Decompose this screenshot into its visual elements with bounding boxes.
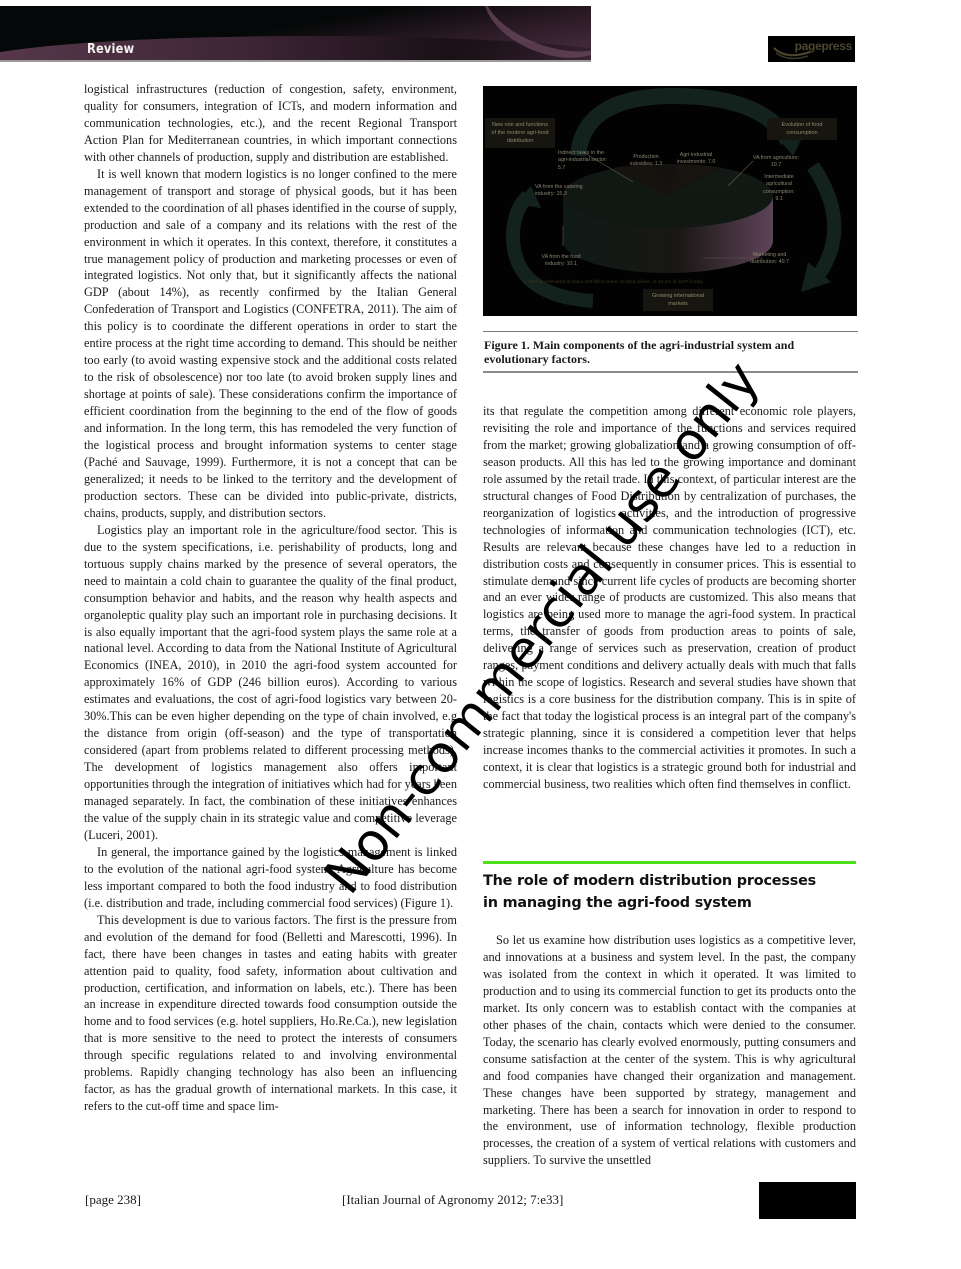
figure-label: VA from the catering industry: 15.3 (535, 184, 595, 199)
footer-black-block (759, 1182, 856, 1219)
header-banner: Review (0, 6, 591, 62)
figure-label: VA from agriculture: 10.7 (751, 155, 801, 170)
section-label: Review (87, 42, 134, 57)
section-heading-line: The role of modern distribution processe… (483, 873, 816, 889)
paragraph: In general, the importance gained by the… (84, 844, 457, 912)
publisher-logo-text: pagepress (795, 39, 852, 53)
figure-footnote: In 2010 is estimated at about 240 billio… (523, 279, 703, 284)
figure-1-image: New role and functions of the modern agr… (483, 86, 857, 316)
publisher-logo: pagepress (768, 36, 855, 62)
figure-label: VA from the food industry: 10.1 (539, 254, 583, 269)
paragraph: This development is due to various facto… (84, 912, 457, 1115)
figure-label: Agri-industrial investments: 7.0 (671, 152, 721, 167)
figure-box-distribution: New role and functions of the modern agr… (485, 118, 555, 148)
left-column: logistical infrastructures (reduction of… (84, 81, 457, 1115)
figure-label: Indirect taxes in the agri-industrial se… (558, 150, 608, 172)
journal-citation: [Italian Journal of Agronomy 2012; 7:e33… (342, 1192, 563, 1208)
right-column-top: its that regulate the competition among … (483, 403, 856, 793)
paragraph: logistical infrastructures (reduction of… (84, 81, 457, 166)
right-column-bottom: So let us examine how distribution uses … (483, 932, 856, 1169)
section-heading: The role of modern distribution processe… (483, 870, 856, 914)
paragraph: So let us examine how distribution uses … (483, 932, 856, 1169)
section-divider (483, 861, 856, 864)
figure-caption: Figure 1. Main components of the agri-in… (483, 331, 858, 373)
figure-label: Marketing and distribution: 40.7 (747, 252, 792, 267)
paragraph: its that regulate the competition among … (483, 403, 856, 793)
figure-label: Production subsidies: 1.3 (626, 154, 666, 169)
paragraph: Logistics play an important role in the … (84, 522, 457, 844)
paragraph: It is well known that modern logistics i… (84, 166, 457, 522)
section-heading-line: in managing the agri-food system (483, 895, 752, 911)
figure-label: Intermediate agricultural consumption: 9… (759, 174, 799, 203)
figure-box-international-markets: Growing international markets (643, 289, 713, 311)
page-number: [page 238] (85, 1192, 141, 1208)
figure-box-consumption: Evolution of food consumption (767, 118, 837, 140)
